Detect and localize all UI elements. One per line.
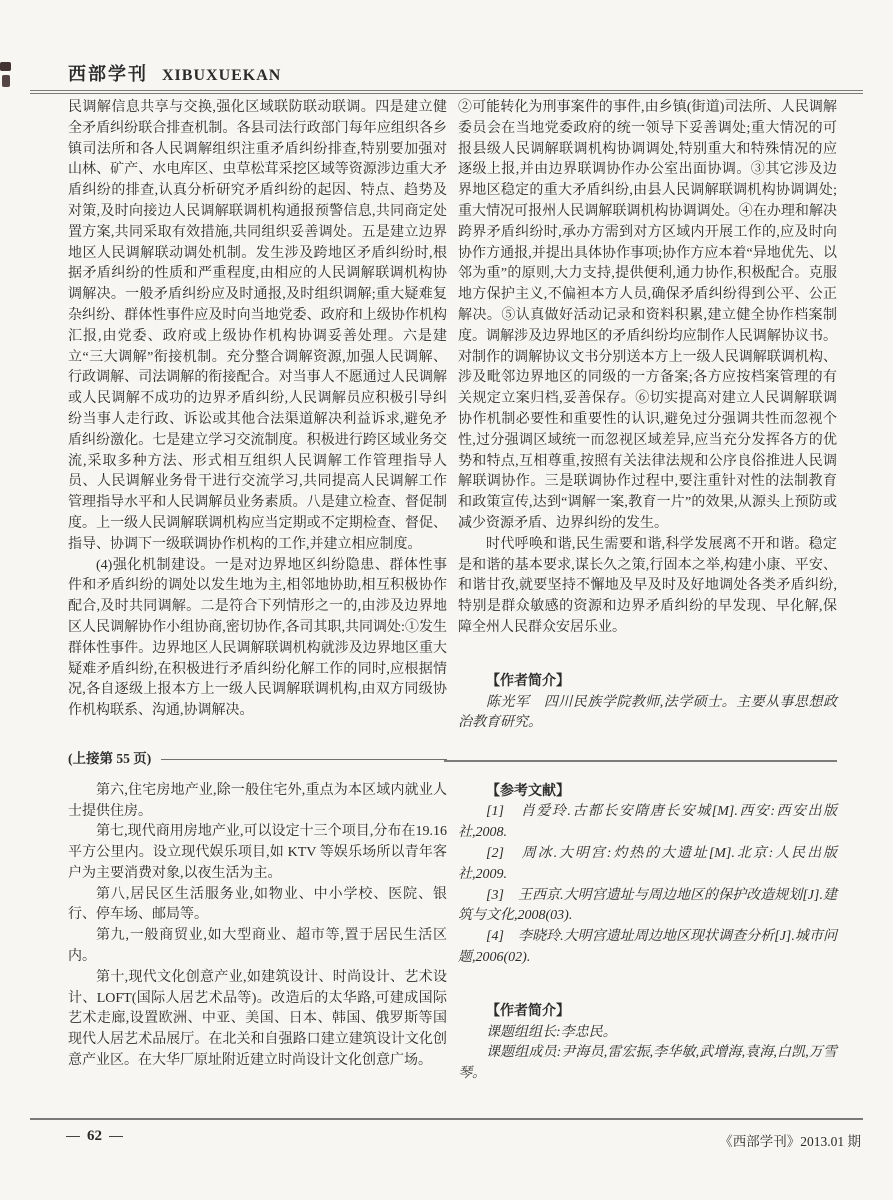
divider-line (161, 759, 447, 761)
article2-references-section: 【参考文献】 [1] 肖爱玲.古都长安隋唐长安城[M].西安:西安出版社,200… (458, 782, 837, 969)
reference-item: [4] 李晓玲.大明宫遗址周边地区现状调查分析[J].城市问题,2006(02)… (458, 927, 837, 969)
page-number-dash (66, 1136, 80, 1138)
footer-rule (30, 1118, 863, 1120)
article1-author-section: 【作者简介】 陈光军 四川民族学院教师,法学硕士。主要从事思想政治教育研究。 (458, 672, 837, 734)
author-line: 课题组成员:尹海员,雷宏振,李华敏,武增海,袁海,白凯,万雪琴。 (458, 1043, 837, 1085)
author-section-heading: 【作者简介】 (458, 672, 837, 693)
article2-paragraph: 第六,住宅房地产业,除一般住宅外,重点为本区域内就业人士提供住房。 (68, 781, 447, 823)
left-column: 民调解信息共享与交换,强化区域联防联动联调。四是建立健全矛盾纠纷联合排查机制。各… (68, 98, 447, 1072)
journal-header: 西部学刊 XIBUXUEKAN (68, 60, 863, 86)
article2-paragraph: 第九,一般商贸业,如大型商业、超市等,置于居民生活区内。 (68, 926, 447, 968)
continued-from-label: (上接第 55 页) (68, 749, 151, 770)
journal-issue: 《西部学刊》2013.01 期 (719, 1130, 861, 1150)
author-line: 课题组组长:李忠民。 (458, 1023, 837, 1044)
article2-paragraph: 第七,现代商用房地产业,可以设定十三个项目,分布在19.16 平方公里内。设立现… (68, 822, 447, 884)
author-bio: 陈光军 四川民族学院教师,法学硕士。主要从事思想政治教育研究。 (458, 693, 837, 735)
article1-left-paragraph: (4)强化机制建设。一是对边界地区纠纷隐患、群体性事件和矛盾纠纷的调处以发生地为… (68, 556, 447, 722)
article1-right-paragraph: 时代呼唤和谐,民生需要和谐,科学发展离不开和谐。稳定是和谐的基本要求,谋长久之策… (458, 535, 837, 639)
journal-name-en: XIBUXUEKAN (162, 67, 281, 85)
article2-author-section: 【作者简介】 课题组组长:李忠民。 课题组成员:尹海员,雷宏振,李华敏,武增海,… (458, 1002, 837, 1085)
scan-artifact (0, 62, 11, 71)
page-number-value: 62 (87, 1128, 102, 1145)
references-heading: 【参考文献】 (458, 782, 837, 803)
journal-name-cn: 西部学刊 (68, 60, 148, 86)
article2-paragraph: 第八,居民区生活服务业,如物业、中小学校、医院、银行、停车场、邮局等。 (68, 885, 447, 927)
article-separator-rule (444, 760, 837, 762)
author-section-heading: 【作者简介】 (458, 1002, 837, 1023)
reference-item: [2] 周冰.大明宫:灼热的大遗址[M].北京:人民出版社,2009. (458, 844, 837, 886)
page-number-dash (109, 1136, 123, 1138)
page-number: 62 (66, 1128, 123, 1145)
journal-page: 西部学刊 XIBUXUEKAN 民调解信息共享与交换,强化区域联防联动联调。四是… (0, 0, 893, 1200)
reference-item: [3] 王西京.大明宫遗址与周边地区的保护改造规划[J].建筑与文化,2008(… (458, 886, 837, 928)
scan-artifact (2, 75, 10, 87)
article1-right-paragraph: ②可能转化为刑事案件的事件,由乡镇(街道)司法所、人民调解委员会在当地党委政府的… (458, 98, 837, 535)
article2-paragraph: 第十,现代文化创意产业,如建筑设计、时尚设计、艺术设计、LOFT(国际人居艺术品… (68, 968, 447, 1072)
reference-item: [1] 肖爱玲.古都长安隋唐长安城[M].西安:西安出版社,2008. (458, 802, 837, 844)
article1-left-paragraph: 民调解信息共享与交换,强化区域联防联动联调。四是建立健全矛盾纠纷联合排查机制。各… (68, 98, 447, 556)
header-double-rule (30, 90, 863, 94)
continued-from-divider: (上接第 55 页) (68, 749, 447, 770)
right-column: ②可能转化为刑事案件的事件,由乡镇(街道)司法所、人民调解委员会在当地党委政府的… (458, 98, 837, 1085)
